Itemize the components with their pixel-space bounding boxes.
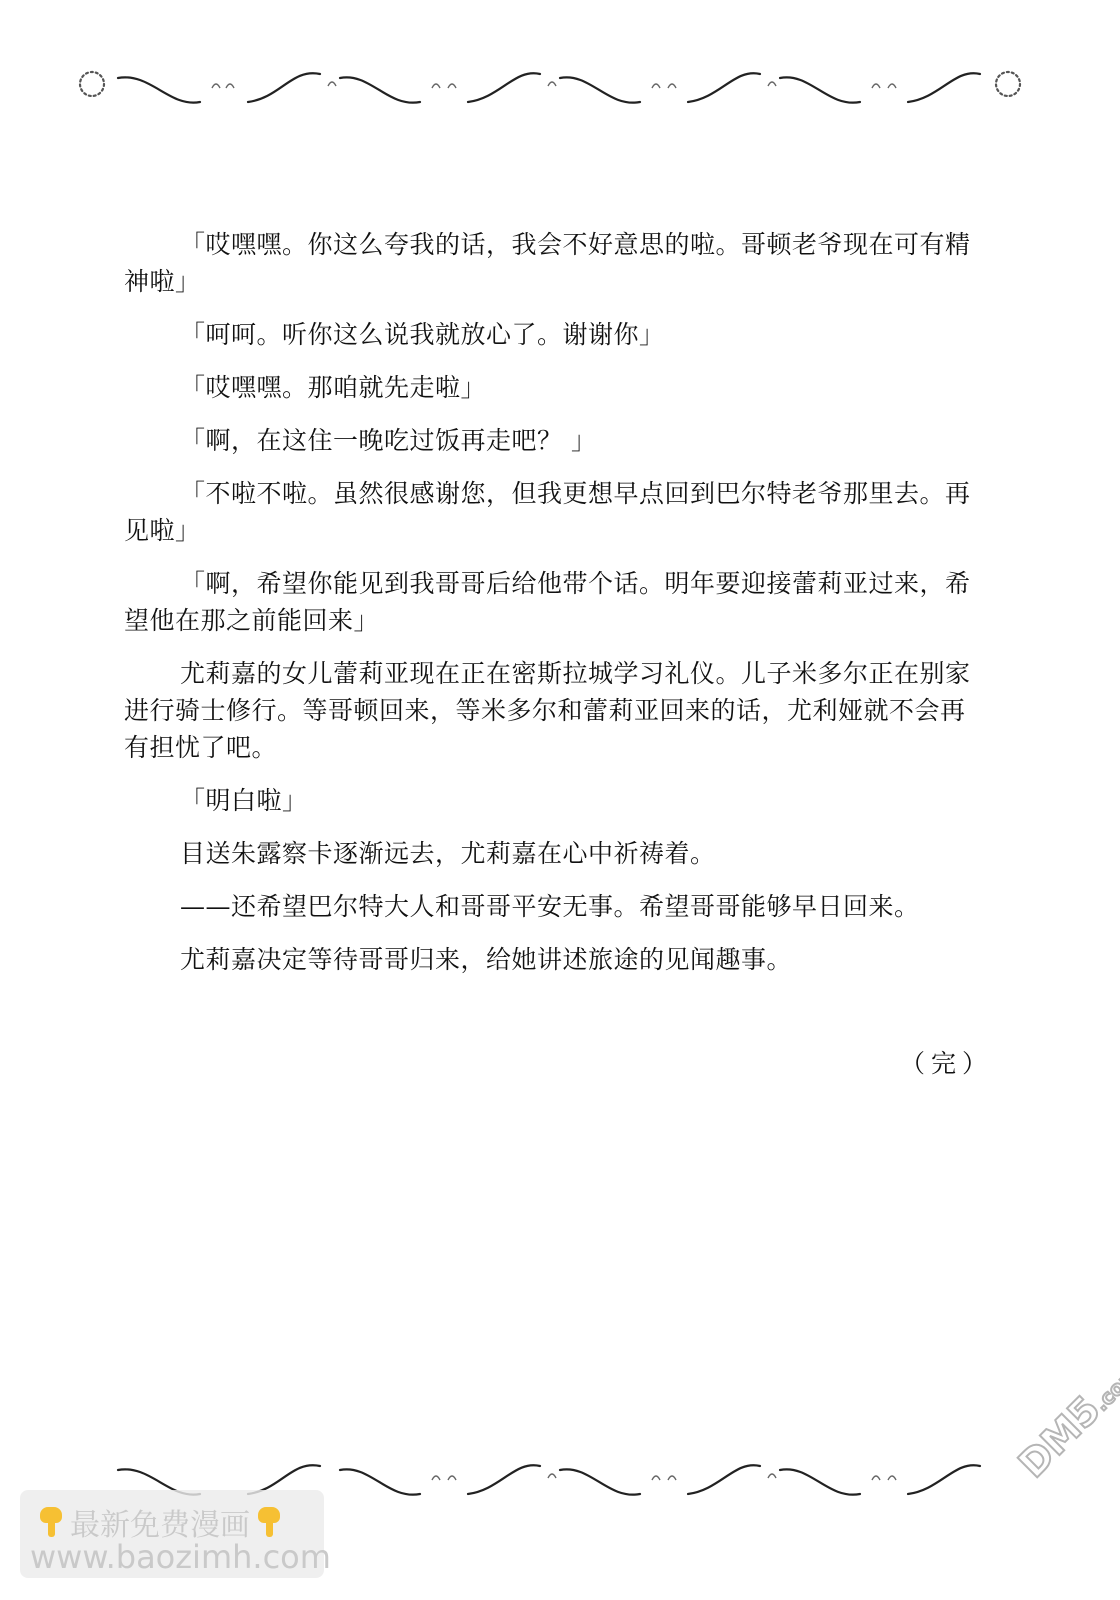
paragraph: 尤莉嘉的女儿蕾莉亚现在正在密斯拉城学习礼仪。儿子米多尔正在别家进行骑士修行。等哥… [124,655,984,766]
end-mark: （完） [900,1044,993,1080]
paragraph: 「啊，在这住一晚吃过饭再走吧？ 」 [124,422,984,459]
paragraph: 尤莉嘉决定等待哥哥归来，给她讲述旅途的见闻趣事。 [124,941,984,978]
watermark-url: www.baozimh.com [30,1538,331,1576]
baozimh-watermark: 最新免费漫画 www.baozimh.com [20,1490,324,1578]
paragraph: 「不啦不啦。虽然很感谢您，但我更想早点回到巴尔特老爷那里去。再见啦」 [124,475,984,549]
paragraph: 「呵呵。听你这么说我就放心了。谢谢你」 [124,316,984,353]
paragraph: 「明白啦」 [124,782,984,819]
paragraph: 「哎嘿嘿。你这么夸我的话，我会不好意思的啦。哥顿老爷现在可有精神啦」 [124,226,984,300]
paragraph: 目送朱露察卡逐渐远去，尤莉嘉在心中祈祷着。 [124,835,984,872]
paragraph: 「啊，希望你能见到我哥哥后给他带个话。明年要迎接蕾莉亚过来，希望他在那之前能回来… [124,565,984,639]
top-ornament-border [70,58,1030,118]
pointing-down-hand-icon [38,1507,64,1537]
dm5-logo-watermark: DM5.com [1010,1349,1120,1486]
paragraph: 「哎嘿嘿。那咱就先走啦」 [124,369,984,406]
paragraph: ——还希望巴尔特大人和哥哥平安无事。希望哥哥能够早日回来。 [124,888,984,925]
pointing-down-hand-icon [256,1507,282,1537]
story-text: 「哎嘿嘿。你这么夸我的话，我会不好意思的啦。哥顿老爷现在可有精神啦」 「呵呵。听… [124,226,984,994]
